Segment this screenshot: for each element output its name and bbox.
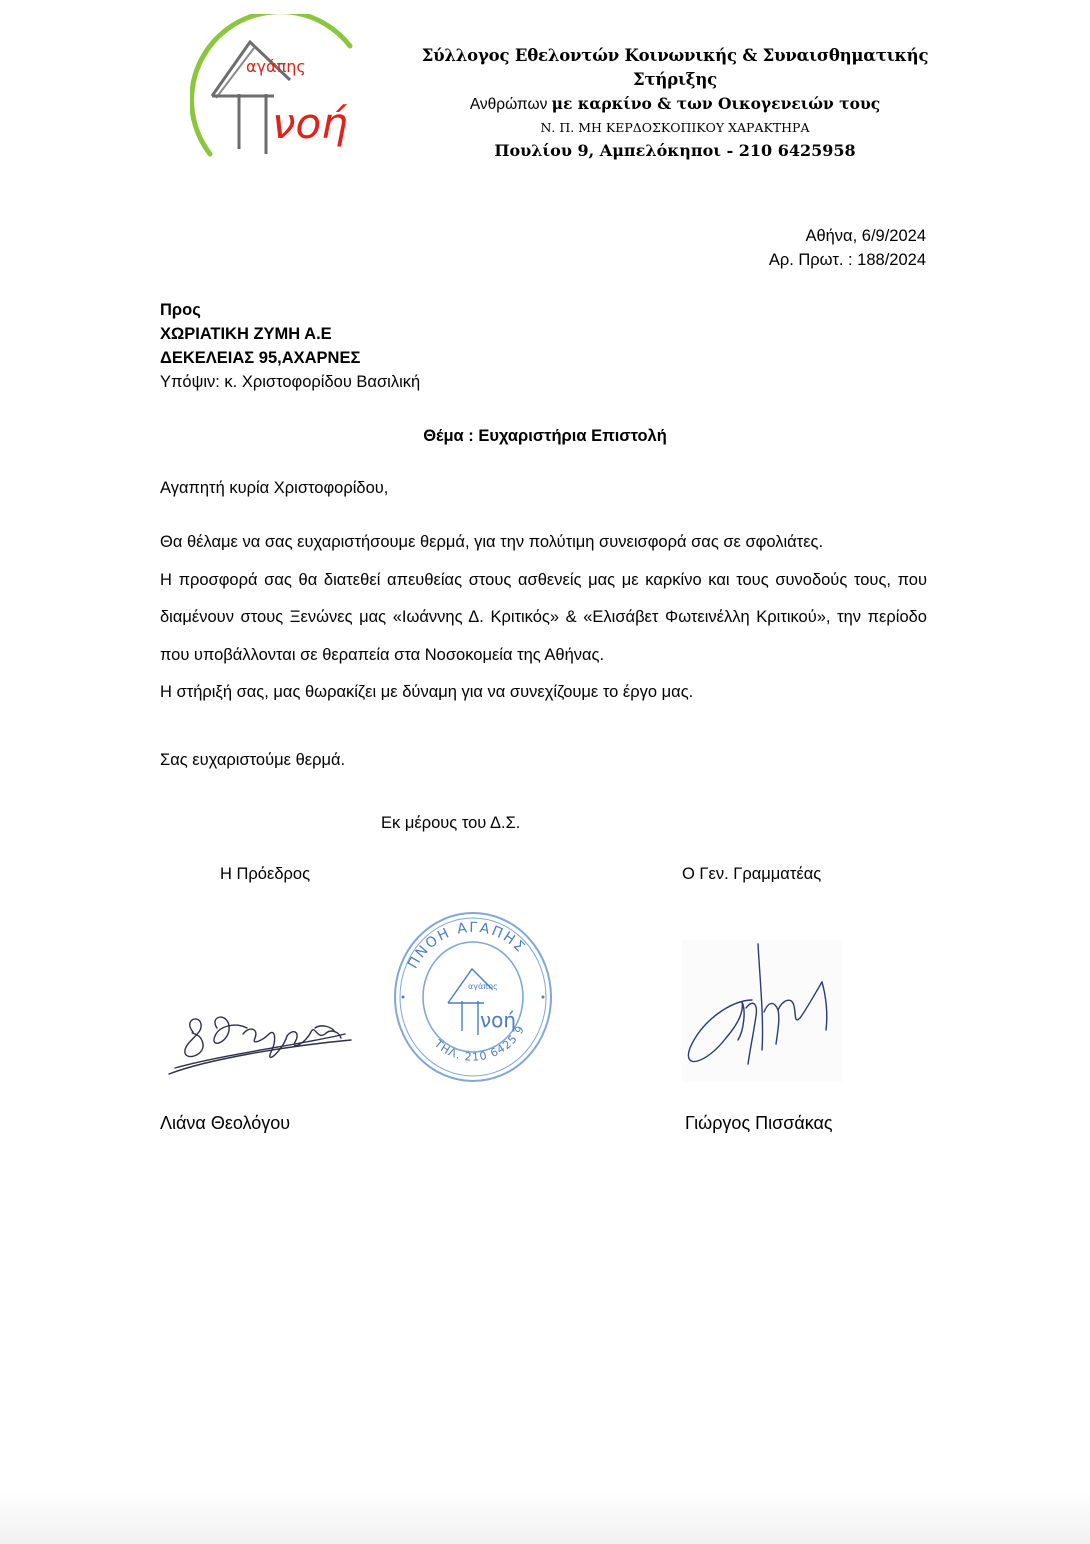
- organization-info: Σύλλογος Εθελοντών Κοινωνικής & Συναισθη…: [380, 44, 970, 163]
- organization-status: Ν. Π. ΜΗ ΚΕΡΔΟΣΚΟΠΙΚΟΥ ΧΑΡΑΚΤΗΡΑ: [380, 117, 970, 139]
- date-line: Αθήνα, 6/9/2024: [769, 224, 926, 248]
- official-stamp-icon: ΠΝΟΗ ΑΓΑΠΗΣ ΤΗΛ. 210 6425 958 αγάπης νοή: [390, 905, 555, 1085]
- closing-thanks: Σας ευχαριστούμε θερμά.: [160, 748, 345, 772]
- recipient-block: Προς ΧΩΡΙΑΤΙΚΗ ΖΥΜΗ Α.Ε ΔΕΚΕΛΕΙΑΣ 95,ΑΧΑ…: [160, 298, 420, 394]
- organization-logo: αγάπης νοή: [190, 14, 360, 164]
- svg-text:αγάπης: αγάπης: [246, 57, 306, 76]
- greeting: Αγαπητή κυρία Χριστοφορίδου,: [160, 476, 388, 500]
- date-block: Αθήνα, 6/9/2024 Αρ. Πρωτ. : 188/2024: [769, 224, 926, 272]
- on-behalf-of-board: Εκ μέρους του Δ.Σ.: [381, 811, 520, 835]
- signature-icon: [682, 940, 842, 1082]
- recipient-company: ΧΩΡΙΑΤΙΚΗ ΖΥΜΗ Α.Ε: [160, 322, 420, 346]
- organization-purpose: Ανθρώπων με καρκίνο & των Οικογενειών το…: [380, 92, 970, 117]
- subject-line: Θέμα : Ευχαριστήρια Επιστολή: [160, 424, 930, 448]
- svg-text:νοή: νοή: [480, 1008, 516, 1032]
- official-stamp: ΠΝΟΗ ΑΓΑΠΗΣ ΤΗΛ. 210 6425 958 αγάπης νοή: [390, 905, 555, 1085]
- secretary-name: Γιώργος Πισσάκας: [685, 1111, 833, 1135]
- letter-body: Θα θέλαμε να σας ευχαριστήσουμε θερμά, γ…: [160, 524, 927, 712]
- svg-text:ΠΝΟΗ ΑΓΑΠΗΣ: ΠΝΟΗ ΑΓΑΠΗΣ: [405, 920, 529, 972]
- recipient-attention: Υπόψιν: κ. Χριστοφορίδου Βασιλική: [160, 370, 420, 394]
- signature-icon: [165, 1010, 355, 1080]
- organization-name: Σύλλογος Εθελοντών Κοινωνικής & Συναισθη…: [380, 44, 970, 92]
- organization-address: Πουλίου 9, Αμπελόκηποι - 210 6425958: [380, 139, 970, 163]
- recipient-to-label: Προς: [160, 298, 420, 322]
- secretary-role: Ο Γεν. Γραμματέας: [682, 862, 821, 886]
- recipient-address: ΔΕΚΕΛΕΙΑΣ 95,ΑΧΑΡΝΕΣ: [160, 346, 420, 370]
- president-role: Η Πρόεδρος: [220, 862, 310, 886]
- body-paragraph: Η στήριξή σας, μας θωρακίζει με δύναμη γ…: [160, 674, 927, 712]
- body-paragraph: Θα θέλαμε να σας ευχαριστήσουμε θερμά, γ…: [160, 524, 927, 562]
- svg-text:αγάπης: αγάπης: [468, 982, 498, 991]
- body-paragraph: Η προσφορά σας θα διατεθεί απευθείας στο…: [160, 562, 927, 675]
- president-name: Λιάνα Θεολόγου: [160, 1111, 290, 1135]
- president-signature: [165, 1010, 355, 1080]
- svg-text:νοή: νοή: [272, 99, 348, 148]
- house-logo-icon: αγάπης νοή: [190, 14, 360, 164]
- secretary-signature: [682, 940, 842, 1082]
- protocol-number: Αρ. Πρωτ. : 188/2024: [769, 248, 926, 272]
